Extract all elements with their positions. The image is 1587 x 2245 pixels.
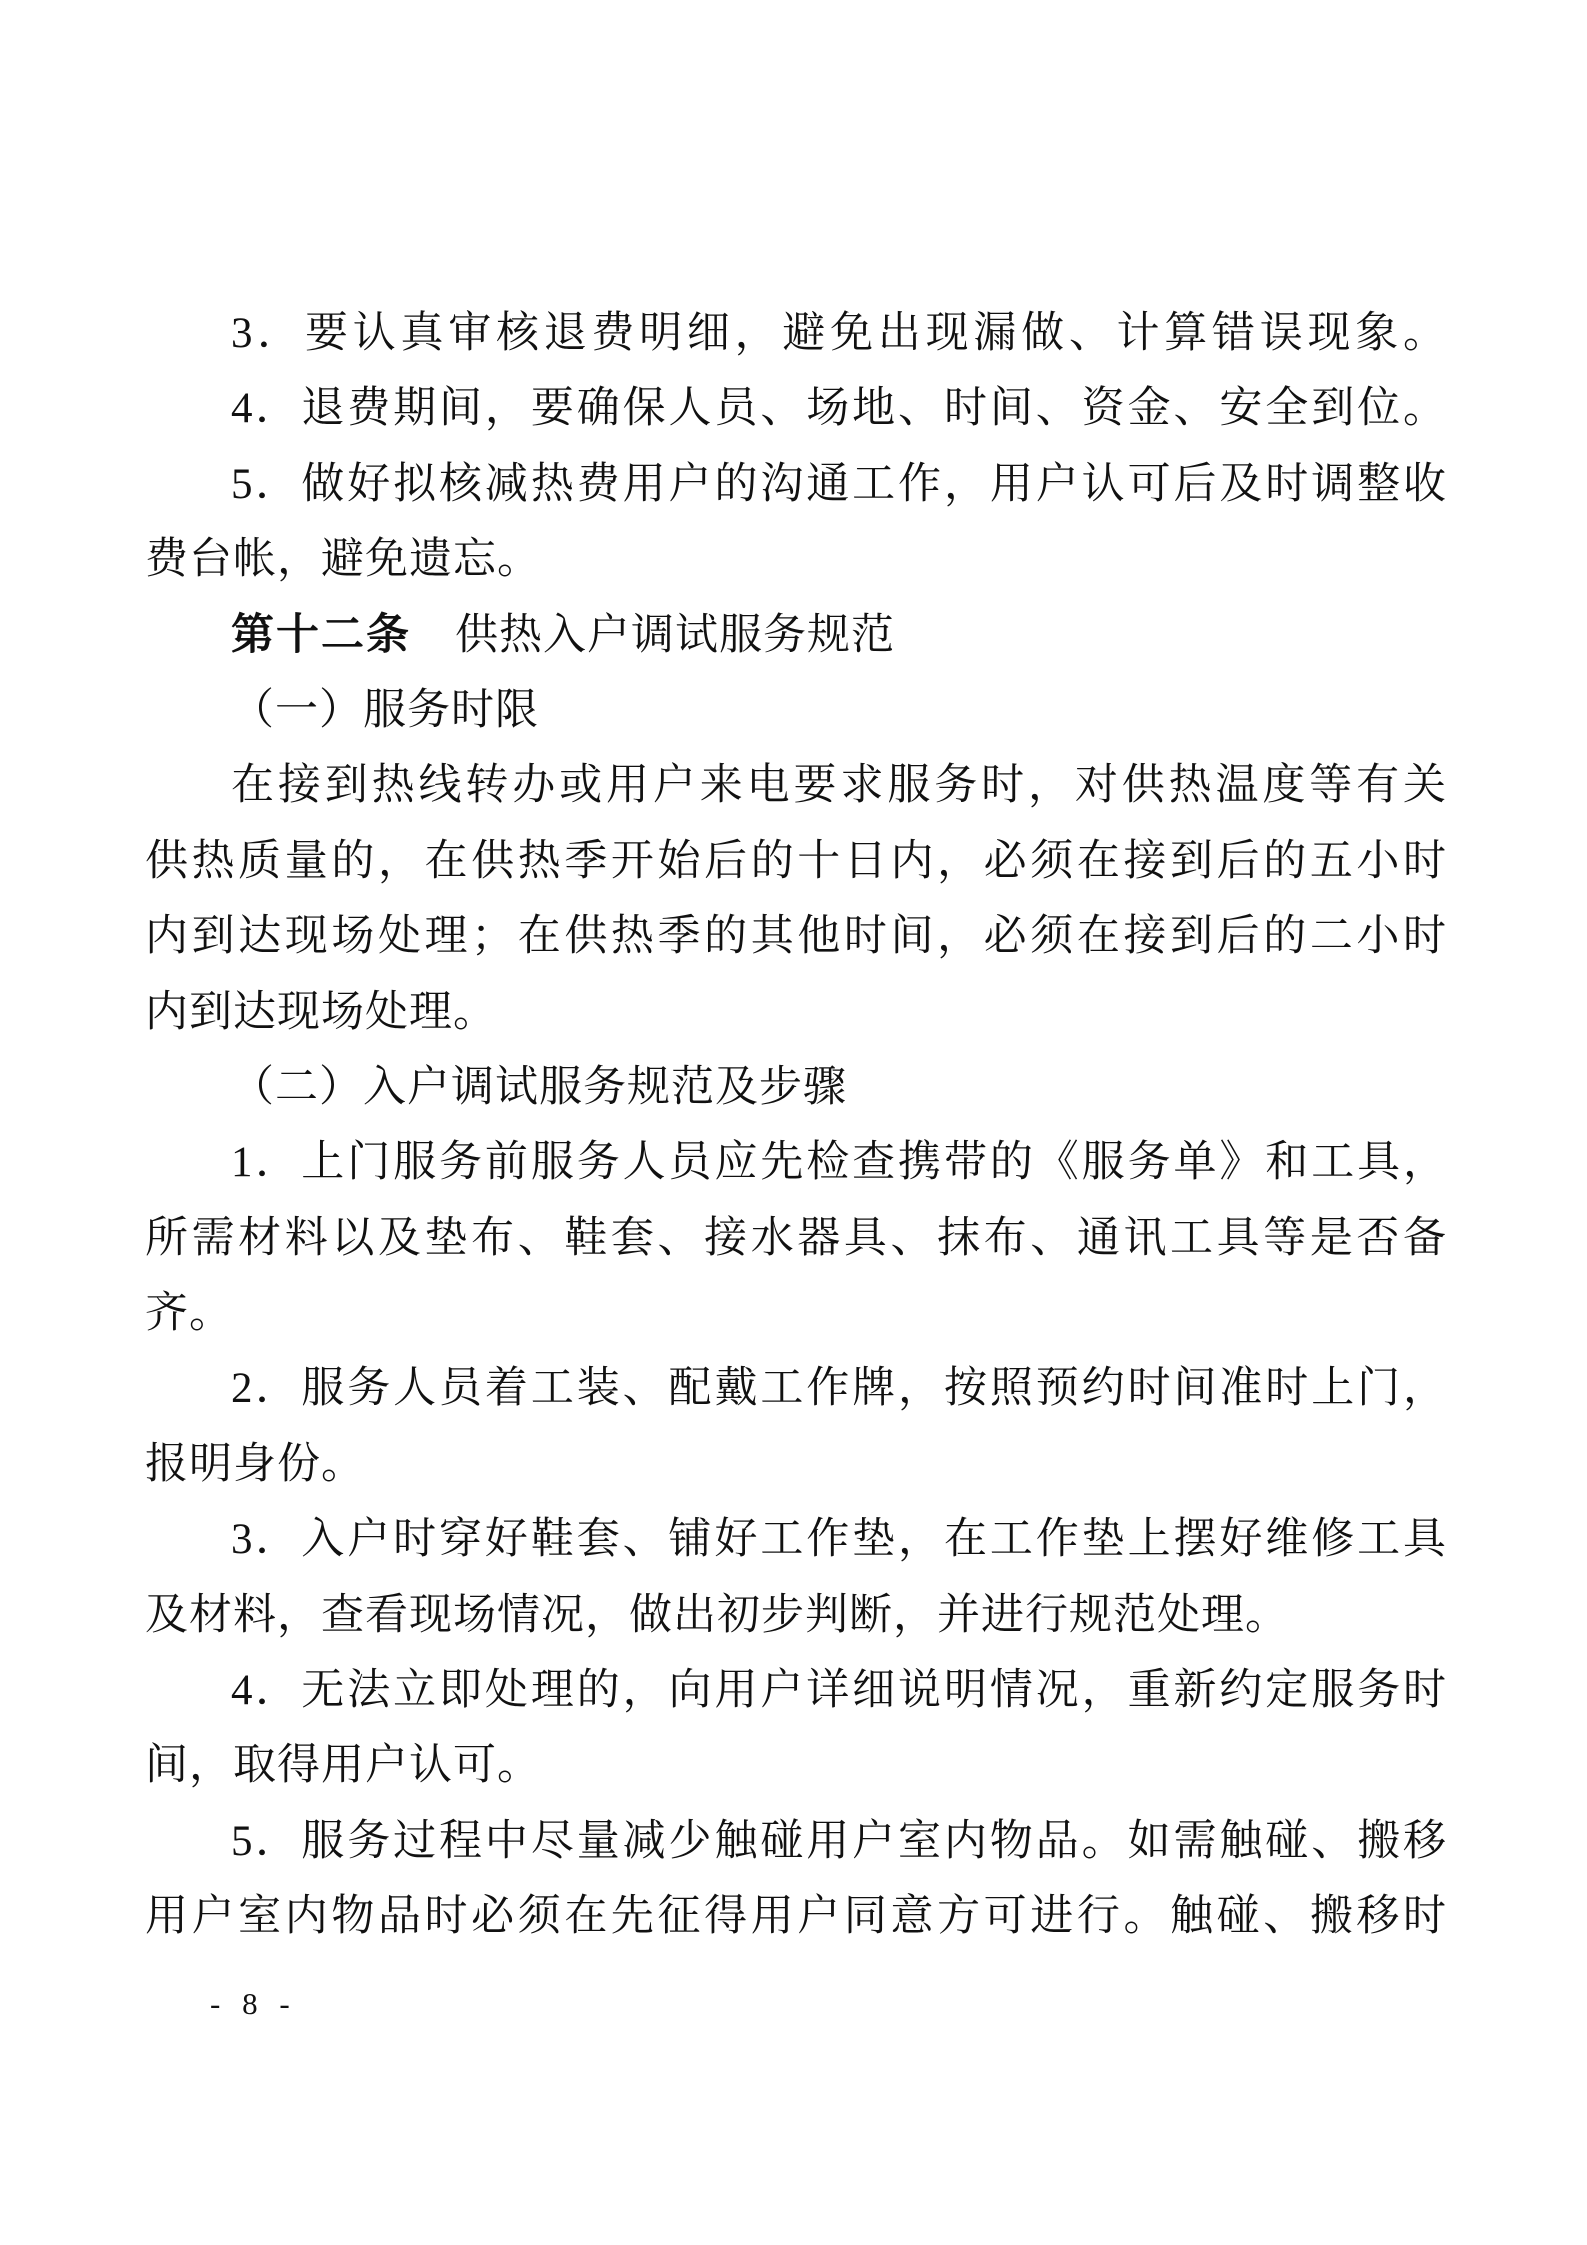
text-line: 4．无法立即处理的，向用户详细说明情况，重新约定服务时 [145, 1653, 1447, 1728]
text-line: 5．服务过程中尽量减少触碰用户室内物品。如需触碰、搬移 [145, 1804, 1447, 1879]
text-line: 内到达现场处理；在供热季的其他时间，必须在接到后的二小时 [145, 899, 1447, 974]
document-page: 3．要认真审核退费明细，避免出现漏做、计算错误现象。 4．退费期间，要确保人员、… [0, 0, 1587, 2245]
text-line: 在接到热线转办或用户来电要求服务时，对供热温度等有关 [145, 748, 1447, 823]
text-line: 用户室内物品时必须在先征得用户同意方可进行。触碰、搬移时 [145, 1879, 1447, 1954]
text-line: 供热质量的，在供热季开始后的十日内，必须在接到后的五小时 [145, 824, 1447, 899]
text-line: （一）服务时限 [145, 673, 1447, 748]
text-line: 1．上门服务前服务人员应先检查携带的《服务单》和工具， [145, 1125, 1447, 1200]
text-line: 5．做好拟核减热费用户的沟通工作，用户认可后及时调整收 [145, 447, 1447, 522]
article-number: 第十二条 [231, 611, 411, 659]
text-line: 4．退费期间，要确保人员、场地、时间、资金、安全到位。 [145, 371, 1447, 446]
text-line: 齐。 [145, 1276, 1447, 1351]
text-line: 间，取得用户认可。 [145, 1728, 1447, 1803]
text-line: 3．要认真审核退费明细，避免出现漏做、计算错误现象。 [145, 296, 1447, 371]
article-title: 供热入户调试服务规范 [411, 612, 895, 659]
text-line: 报明身份。 [145, 1427, 1447, 1502]
page-number: - 8 - [210, 1986, 297, 2022]
text-line: 内到达现场处理。 [145, 975, 1447, 1050]
text-line: 3．入户时穿好鞋套、铺好工作垫，在工作垫上摆好维修工具 [145, 1502, 1447, 1577]
text-line: （二）入户调试服务规范及步骤 [145, 1050, 1447, 1125]
text-line: 费台帐，避免遗忘。 [145, 522, 1447, 597]
text-line: 所需材料以及垫布、鞋套、接水器具、抹布、通讯工具等是否备 [145, 1201, 1447, 1276]
document-body: 3．要认真审核退费明细，避免出现漏做、计算错误现象。 4．退费期间，要确保人员、… [145, 296, 1447, 1955]
article-heading: 第十二条 供热入户调试服务规范 [145, 598, 1447, 673]
text-line: 2．服务人员着工装、配戴工作牌，按照预约时间准时上门， [145, 1351, 1447, 1426]
text-line: 及材料，查看现场情况，做出初步判断，并进行规范处理。 [145, 1578, 1447, 1653]
